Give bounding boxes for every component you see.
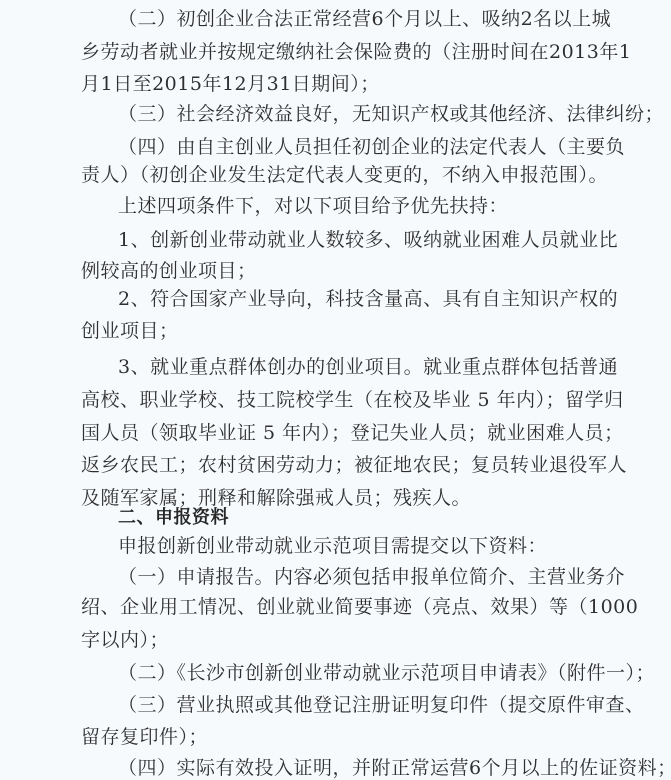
text-line: 高校、职业学校、技工院校学生（在校及毕业 5 年内）；留学归 — [81, 385, 593, 415]
text-line: 乡劳动者就业并按规定缴纳社会保险费的（注册时间在2013年1 — [81, 37, 593, 67]
text-line: （二）《长沙市创新创业带动就业示范项目申请表》（附件一）； — [118, 658, 593, 688]
text-line: （四）由自主创业人员担任初创企业的法定代表人（主要负 — [118, 132, 593, 162]
text-line: （四）实际有效投入证明，并附正常运营6个月以上的佐证资料； — [118, 753, 593, 780]
text-line: 月1日至2015年12月31日期间）； — [81, 69, 380, 99]
text-line: 3、就业重点群体创办的创业项目。就业重点群体包括普通 — [118, 352, 593, 382]
text-line: （二）初创企业合法正常经营6个月以上、吸纳2名以上城 — [118, 4, 593, 34]
text-line: 1、创新创业带动就业人数较多、吸纳就业困难人员就业比 — [118, 225, 593, 255]
text-line: 2、符合国家产业导向，科技含量高、具有自主知识产权的 — [118, 284, 593, 314]
text-line: 留存复印件）； — [81, 722, 208, 752]
text-line: （一）申请报告。内容必须包括申报单位简介、主营业务介 — [118, 562, 593, 592]
text-line: 绍、企业用工情况、创业就业简要事迹（亮点、效果）等（1000 — [81, 592, 593, 622]
text-line: 字以内）； — [81, 625, 169, 655]
text-line: 例较高的创业项目； — [81, 256, 257, 286]
text-line: 国人员（领取毕业证 5 年内）；登记失业人员；就业困难人员； — [81, 418, 593, 448]
text-line: 创业项目； — [81, 316, 179, 346]
text-line: 返乡农民工；农村贫困劳动力；被征地农民；复员转业退役军人 — [81, 450, 593, 480]
document-page: （二）初创企业合法正常经营6个月以上、吸纳2名以上城 乡劳动者就业并按规定缴纳社… — [0, 0, 671, 780]
text-line: 责人）（初创企业发生法定代表人变更的，不纳入申报范围）。 — [81, 160, 608, 190]
text-line: （三）营业执照或其他登记注册证明复印件（提交原件审查、 — [118, 690, 593, 720]
text-line: 申报创新创业带动就业示范项目需提交以下资料： — [118, 531, 547, 561]
text-line: （三）社会经济效益良好，无知识产权或其他经济、法律纠纷； — [118, 99, 593, 129]
text-line: 上述四项条件下，对以下项目给予优先扶持： — [118, 191, 508, 221]
section-heading: 二、申报资料 — [118, 503, 229, 533]
